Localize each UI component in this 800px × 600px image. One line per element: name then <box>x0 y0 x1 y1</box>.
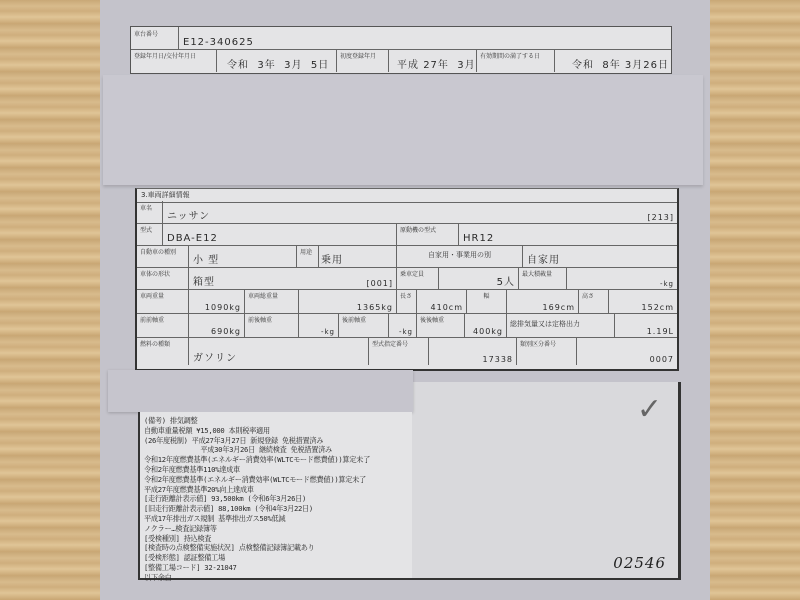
vehicle-name: ニッサン <box>167 207 210 222</box>
model: DBA-E12 <box>167 233 218 244</box>
note-line: 令和2年度燃費基準(エネルギー消費効率(WLTCモード燃費値))算定未了 <box>144 475 408 485</box>
note-line: [受検形態] 認証整備工場 <box>144 553 408 563</box>
engine-model: HR12 <box>463 233 494 244</box>
type-designation-label: 型式指定番号 <box>369 337 428 350</box>
vehicle-details-sheet: 3.車両詳細情報 車名 ニッサン[213] 型式 DBA-E12 原動機の型式 … <box>135 188 679 371</box>
note-line: [受検種別] 持込検査 <box>144 534 408 544</box>
chassis-strip: 車台番号 E12-340625 登録年月日/交付年月日 令和 3年 3月 5日 … <box>130 26 672 74</box>
handwritten-number: 02546 <box>613 554 666 572</box>
note-line: 令和2年度燃費基準110%達成車 <box>144 465 408 475</box>
width: 169cm <box>543 303 575 312</box>
weight-label: 車両重量 <box>137 289 188 302</box>
note-line: [走行距離計表示値] 93,500km (令和6年3月26日) <box>144 494 408 504</box>
note-line: 以下余白 <box>144 573 408 583</box>
checkmark-icon: ✓ <box>637 392 662 427</box>
expiry-date: 令和 8年 3月26日 <box>572 56 669 71</box>
note-line: 令和12年度燃費基準(エネルギー消費効率(WLTCモード燃費値))算定未了 <box>144 455 408 465</box>
first-registration: 平成 27年 3月 <box>397 56 476 71</box>
weight: 1090kg <box>205 303 241 312</box>
note-line: [検査時の点検整備実施状況] 点検整備記録簿記載あり <box>144 543 408 553</box>
category-label: 類別区分番号 <box>517 337 576 350</box>
type-label: 自動車の種別 <box>137 245 188 258</box>
max-load: -kg <box>660 280 674 288</box>
holder-flap <box>103 75 703 185</box>
length-label: 長さ <box>397 289 416 302</box>
height: 152cm <box>642 303 674 312</box>
displacement-label: 総排気量又は定格出力 <box>507 313 614 331</box>
body-shape: 箱型 <box>193 273 215 288</box>
lower-flap <box>108 370 413 412</box>
capacity-label: 乗車定員 <box>397 267 438 280</box>
fuel: ガソリン <box>193 349 237 364</box>
capacity: 5人 <box>497 273 515 288</box>
chassis-label: 車台番号 <box>131 27 178 40</box>
category: 0007 <box>650 355 674 364</box>
use-label: 用途 <box>297 245 318 258</box>
body-shape-label: 車体の形状 <box>137 267 188 280</box>
note-line: (備考) 排気調整 <box>144 416 408 426</box>
note-line: 平成17年排出ガス規制 基準排出ガス50%低減 <box>144 514 408 524</box>
rear-rear-axle-label: 後後軸重 <box>417 313 464 326</box>
name-label: 車名 <box>137 201 162 214</box>
model-label: 型式 <box>137 223 162 236</box>
chassis-number: E12-340625 <box>183 37 254 48</box>
max-load-label: 最大積載量 <box>519 267 566 280</box>
front-rear-axle-label: 前後軸重 <box>245 313 298 326</box>
private-business: 自家用 <box>527 251 560 266</box>
vehicle-name-code: [213] <box>647 213 674 222</box>
note-line: ノクラー…検査記録簿等 <box>144 524 408 534</box>
gross-weight: 1365kg <box>357 303 393 312</box>
note-line: 平成30年3月26日 継続検査 免税措置済み <box>144 445 408 455</box>
type-designation: 17338 <box>483 355 513 364</box>
rear-front-axle: -kg <box>399 328 413 336</box>
note-line: 自動車重量税額 ¥15,000 本則税率適用 <box>144 426 408 436</box>
notes-list: (備考) 排気調整自動車重量税額 ¥15,000 本則税率適用(26年度税制) … <box>140 412 412 587</box>
fuel-label: 燃料の種類 <box>137 337 188 350</box>
rear-rear-axle: 400kg <box>473 327 503 336</box>
private-business-label: 自家用・事業用の別 <box>397 245 522 262</box>
note-line: [整備工場コード] 32-21047 <box>144 563 408 573</box>
blank-area: ✓ 02546 <box>410 382 681 580</box>
gross-weight-label: 車両総重量 <box>245 289 298 302</box>
width-label: 幅 <box>467 289 506 302</box>
body-shape-code: [001] <box>366 279 393 288</box>
note-line: (26年度税制) 平成27年3月27日 新規登録 免税措置済み <box>144 436 408 446</box>
registration-date: 令和 3年 3月 5日 <box>227 56 329 71</box>
notes-sheet: (備考) 排気調整自動車重量税額 ¥15,000 本則税率適用(26年度税制) … <box>138 412 412 580</box>
registration-date-label: 登録年月日/交付年月日 <box>131 49 216 62</box>
displacement: 1.19L <box>647 327 674 336</box>
vehicle-type: 小 型 <box>193 251 219 266</box>
front-rear-axle: -kg <box>321 328 335 336</box>
note-line: 平成27年度燃費基準20%向上達成車 <box>144 485 408 495</box>
length: 410cm <box>431 303 463 312</box>
front-front-axle: 690kg <box>211 327 241 336</box>
first-registration-label: 初度登録年月 <box>337 49 388 62</box>
front-front-axle-label: 前前軸重 <box>137 313 188 326</box>
height-label: 高さ <box>579 289 608 302</box>
note-line: [旧走行距離計表示値] 88,100km (令和4年3月22日) <box>144 504 408 514</box>
vehicle-use: 乗用 <box>321 251 343 266</box>
expiry-label: 有効期間の満了する日 <box>477 49 554 62</box>
rear-front-axle-label: 後前軸重 <box>339 313 388 326</box>
engine-model-label: 原動機の型式 <box>397 223 458 236</box>
